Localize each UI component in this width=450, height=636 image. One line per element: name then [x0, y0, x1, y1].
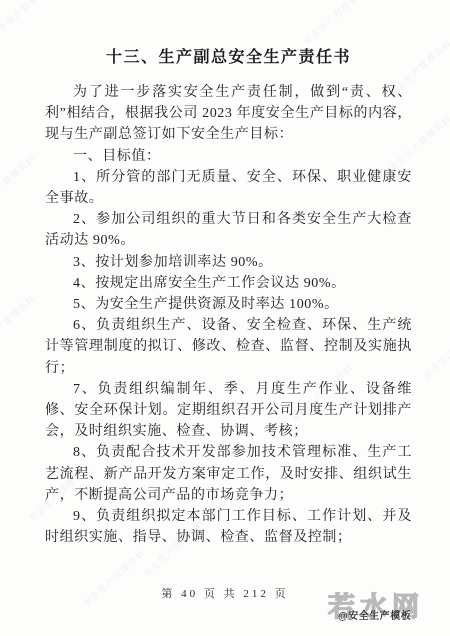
diagonal-watermark: 安全生产管理资料 [0, 0, 56, 42]
page-title: 十三、生产副总安全生产责任书 [45, 44, 412, 67]
paragraph-item-9: 9、负责组织拟定本部门工作目标、工作计划、并及时组织实施、指导、协调、检查、监督… [45, 506, 412, 548]
diagonal-watermark: 安全生产管理资料 [0, 151, 38, 214]
diagonal-watermark: 安全生产管理资料 [300, 0, 368, 48]
paragraph-item-7: 7、负责组织编制年、季、月度生产作业、设备维修、安全环保计划。定期组织召开公司月… [45, 379, 412, 443]
diagonal-watermark: 安全生产管理资料 [0, 291, 38, 354]
paragraph-item-4: 4、按规定出席安全生产工作会议达 90%。 [45, 273, 412, 294]
site-watermark-logo: 若水网 @安全生产模板 [328, 592, 450, 632]
watermark-logo-overlay: @安全生产模板 [338, 607, 411, 622]
paragraph-item-1: 1、所分管的部门无质量、安全、环保、职业健康安全事故。 [45, 167, 412, 209]
paragraph-item-6: 6、负责组织生产、设备、安全检查、环保、生产统计等管理制度的拟订、修改、检查、监… [45, 315, 412, 379]
paragraph-section-heading: 一、目标值： [45, 146, 412, 167]
paragraph-item-5: 5、为安全生产提供资源及时率达 100%。 [45, 294, 412, 315]
paragraph-item-3: 3、按计划参加培训率达 90%。 [45, 252, 412, 273]
paragraph-item-2: 2、参加公司组织的重大节日和各类安全生产大检查活动达 90%。 [45, 209, 412, 251]
paragraph-intro: 为了进一步落实安全生产责任制，做到“责、权、利”相结合，根据我公司 2023 年… [45, 82, 412, 146]
paragraph-item-8: 8、负责配合技术开发部参加技术管理标准、生产工艺流程、新产品开发方案审定工作，及… [45, 442, 412, 506]
document-page: 安全生产管理资料 安全生产管理资料 安全生产管理资料 安全生产管理资料 安全生产… [0, 0, 450, 636]
diagonal-watermark: 安全生产管理资料 [420, 318, 450, 381]
document-content: 十三、生产副总安全生产责任书 为了进一步落实安全生产责任制，做到“责、权、利”相… [45, 44, 412, 548]
